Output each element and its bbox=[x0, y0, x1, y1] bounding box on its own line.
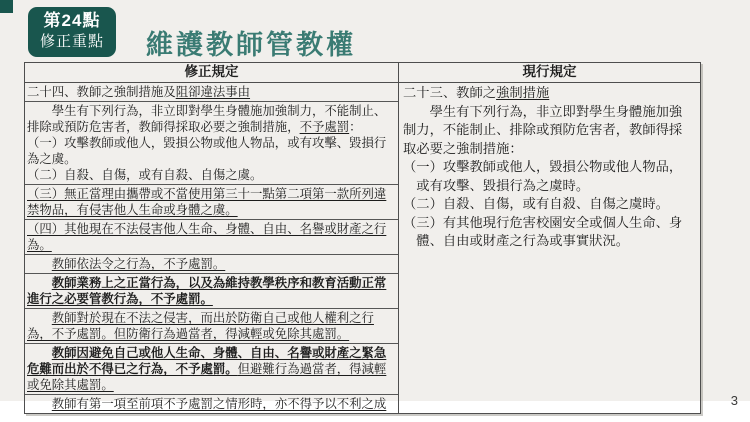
text-segment: 教師有第一項至前項不予處罰之情形時，亦不得予以不利之成績考核。 bbox=[27, 396, 386, 413]
text-segment: 二十四、教師之強制措施及 bbox=[27, 84, 176, 99]
provision-paragraph: 學生有下列行為，非立即對學生身體施加強制力，不能制止、排除或預防危害者，教師得採… bbox=[27, 103, 395, 135]
text-segment: 二十三、教師之 bbox=[403, 86, 496, 101]
provision-row: 教師業務上之正當行為，以及為維持教學秩序和教育活動正常進行之必要管教行為，不予處… bbox=[25, 274, 398, 309]
current-provisions-column: 現行規定 二十三、教師之強制措施 學生有下列行為，非立即對學生身體施加強制力，不… bbox=[399, 63, 700, 413]
comparison-table: 修正規定 二十四、教師之強制措施及阻卻違法事由 學生有下列行為，非立即對學生身體… bbox=[24, 62, 701, 414]
provision-paragraph: 教師有第一項至前項不予處罰之情形時，亦不得予以不利之成績考核。 bbox=[27, 396, 395, 413]
text-segment bbox=[27, 275, 52, 290]
provision-row: 教師有第一項至前項不予處罰之情形時，亦不得予以不利之成績考核。 bbox=[25, 395, 398, 413]
badge-subtitle: 修正重點 bbox=[28, 32, 116, 52]
text-segment bbox=[27, 256, 52, 271]
provision-paragraph: （三）無正當理由攜帶或不當使用第三十一點第二項第一款所列違禁物品，有侵害他人生命… bbox=[27, 186, 395, 218]
text-segment: 學生有下列行為，非立即對學生身體施加強制力，不能制止、排除或預防危害者，教師得採… bbox=[403, 105, 682, 157]
text-segment: 教師依法令之行為，不予處罰。 bbox=[52, 256, 225, 271]
text-segment: ： bbox=[349, 119, 361, 134]
provision-paragraph: 教師依法令之行為，不予處罰。 bbox=[27, 256, 395, 272]
text-segment: 阻卻違法事由 bbox=[176, 84, 250, 99]
provision-row: 學生有下列行為，非立即對學生身體施加強制力，不能制止、排除或預防危害者，教師得採… bbox=[25, 102, 398, 185]
text-segment bbox=[27, 396, 52, 411]
provision-row: 教師依法令之行為，不予處罰。 bbox=[25, 255, 398, 274]
provision-paragraph: 教師業務上之正當行為，以及為維持教學秩序和教育活動正常進行之必要管教行為，不予處… bbox=[27, 275, 395, 307]
provision-row: （三）無正當理由攜帶或不當使用第三十一點第二項第一款所列違禁物品，有侵害他人生命… bbox=[25, 185, 398, 220]
provision-paragraph: （二）自殺、自傷，或有自殺、自傷之虞。 bbox=[27, 167, 395, 183]
text-segment: （一）攻擊教師或他人，毀損公物或他人物品，或有攻擊、毀損行為之虞。 bbox=[27, 135, 386, 166]
page-number: 3 bbox=[731, 393, 738, 408]
text-segment: （三）有其他現行危害校園安全或個人生命、身體、自由或財產之行為或事實狀況。 bbox=[403, 216, 682, 250]
badge-point-number: 第24點 bbox=[28, 10, 116, 32]
text-segment bbox=[27, 310, 52, 325]
text-segment bbox=[27, 345, 52, 360]
provision-paragraph: 學生有下列行為，非立即對學生身體施加強制力，不能制止、排除或預防危害者，教師得採… bbox=[403, 104, 695, 160]
provision-paragraph: （一）攻擊教師或他人，毀損公物或他人物品，或有攻擊、毀損行為之虞。 bbox=[27, 135, 395, 167]
amended-column-header: 修正規定 bbox=[25, 63, 398, 83]
provision-paragraph: 二十四、教師之強制措施及阻卻違法事由 bbox=[27, 84, 395, 100]
text-segment: （四）其他現在不法侵害他人生命、身體、自由、名譽或財產之行為。 bbox=[27, 221, 386, 252]
provision-paragraph: 教師對於現在不法之侵害，而出於防衛自己或他人權利之行為，不予處罰。但防衛行為過當… bbox=[27, 310, 395, 342]
text-segment: （三）無正當理由攜帶或不當使用第三十一點第二項第一款所列違禁物品，有侵害他人生命… bbox=[27, 186, 386, 217]
text-segment: 教師業務上之正當行為，以及為維持教學秩序和教育活動正常進行之必要管教行為，不予處… bbox=[27, 275, 386, 306]
provision-paragraph: （二）自殺、自傷，或有自殺、自傷之虞時。 bbox=[403, 196, 695, 215]
provision-paragraph: 二十三、教師之強制措施 bbox=[403, 85, 695, 104]
text-segment: 強制措施 bbox=[496, 86, 549, 101]
provision-paragraph: （三）有其他現行危害校園安全或個人生命、身體、自由或財產之行為或事實狀況。 bbox=[403, 215, 695, 252]
text-segment: （一）攻擊教師或他人，毀損公物或他人物品，或有攻擊、毀損行為之虞時。 bbox=[403, 160, 682, 194]
provision-paragraph: （一）攻擊教師或他人，毀損公物或他人物品，或有攻擊、毀損行為之虞時。 bbox=[403, 159, 695, 196]
provision-row: 教師因避免自己或他人生命、身體、自由、名譽或財產之緊急危難而出於不得已之行為，不… bbox=[25, 344, 398, 395]
provision-row: 二十四、教師之強制措施及阻卻違法事由 bbox=[25, 83, 398, 102]
page-title: 維護教師管教權 bbox=[146, 23, 356, 62]
provision-row: 教師對於現在不法之侵害，而出於防衛自己或他人權利之行為，不予處罰。但防衛行為過當… bbox=[25, 309, 398, 344]
current-column-header: 現行規定 bbox=[399, 63, 700, 83]
corner-accent-square bbox=[0, 0, 13, 13]
current-provisions-text: 二十三、教師之強制措施 學生有下列行為，非立即對學生身體施加強制力，不能制止、排… bbox=[399, 83, 700, 413]
text-segment: （二）自殺、自傷，或有自殺、自傷之虞。 bbox=[27, 167, 262, 182]
slide-badge: 第24點 修正重點 bbox=[28, 7, 116, 57]
provision-paragraph: 教師因避免自己或他人生命、身體、自由、名譽或財產之緊急危難而出於不得已之行為，不… bbox=[27, 345, 395, 393]
provision-paragraph: （四）其他現在不法侵害他人生命、身體、自由、名譽或財產之行為。 bbox=[27, 221, 395, 253]
provision-row: （四）其他現在不法侵害他人生命、身體、自由、名譽或財產之行為。 bbox=[25, 220, 398, 255]
text-segment: （二）自殺、自傷，或有自殺、自傷之虞時。 bbox=[403, 197, 669, 212]
text-segment: 不予處罰 bbox=[300, 119, 350, 134]
amended-provisions-column: 修正規定 二十四、教師之強制措施及阻卻違法事由 學生有下列行為，非立即對學生身體… bbox=[25, 63, 399, 413]
text-segment: 教師對於現在不法之侵害，而出於防衛自己或他人權利之行為，不予處罰。但防衛行為過當… bbox=[27, 310, 374, 341]
